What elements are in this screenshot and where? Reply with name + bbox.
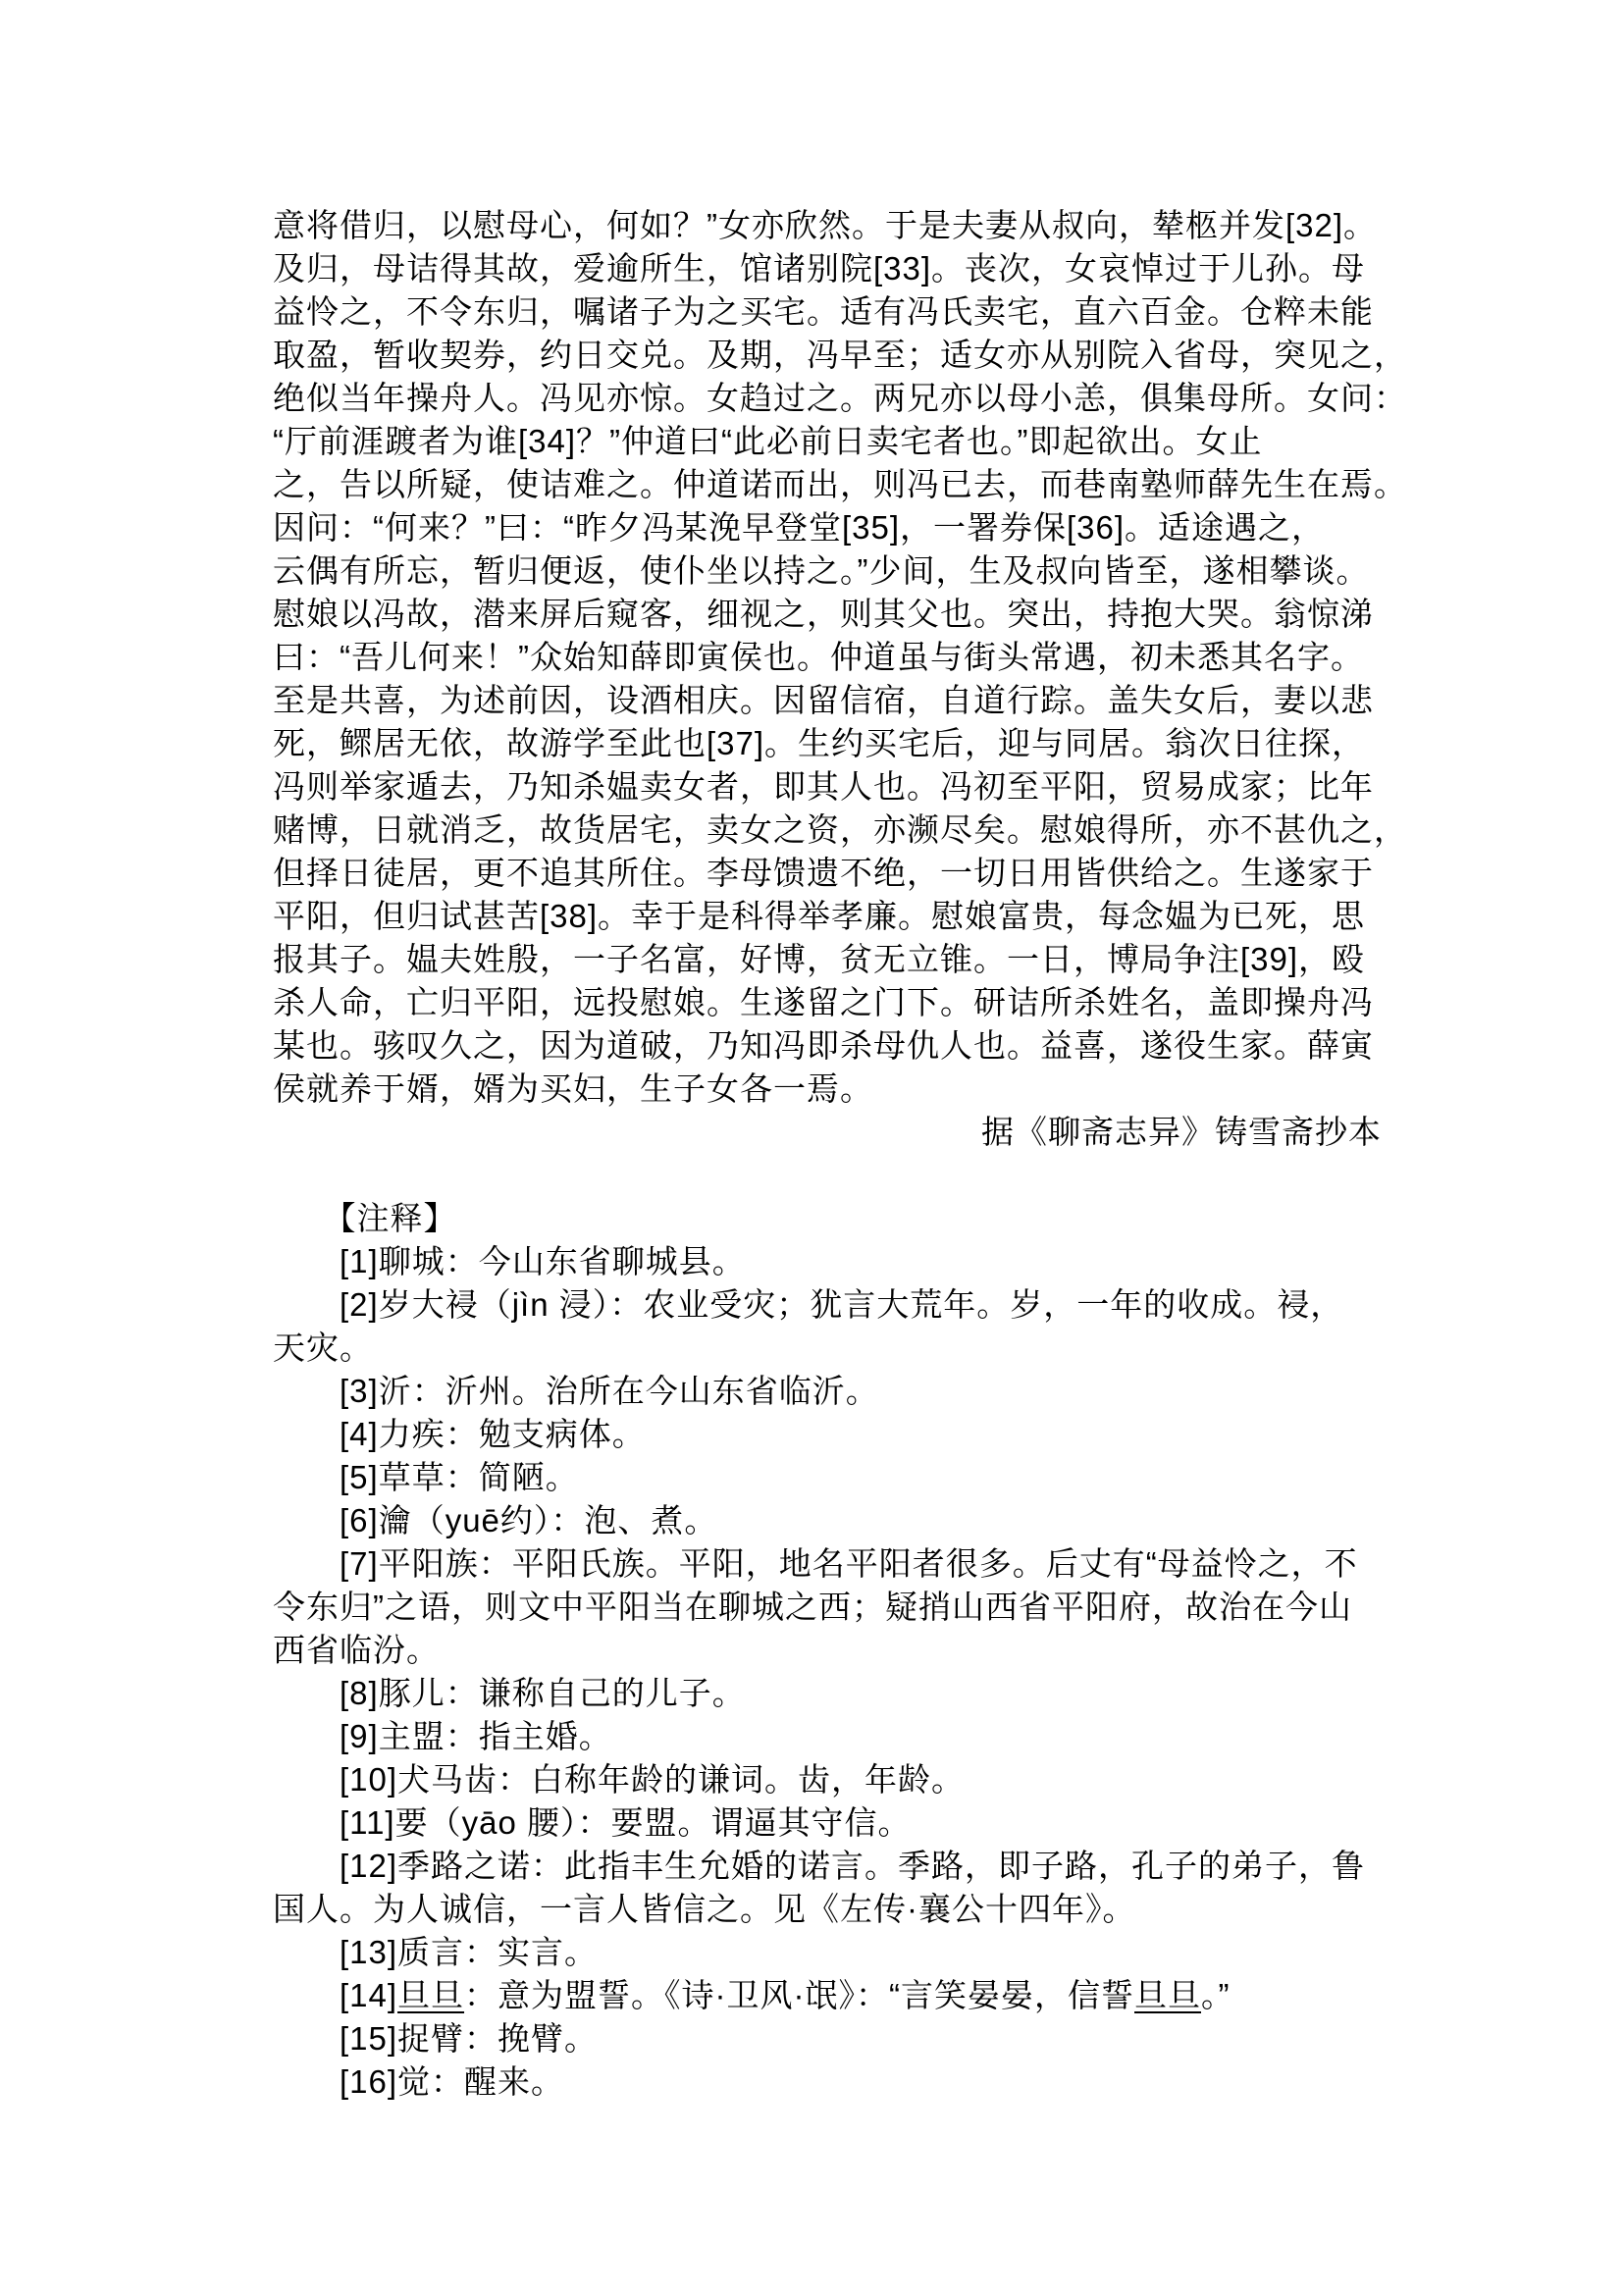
text-segment: [14] — [273, 1977, 397, 2013]
note-line: [15]捉臂：挽臂。 — [273, 2017, 1382, 2060]
document-page: 意将借归，以慰母心，何如？”女亦欣然。于是夫妻从叔向，辇柩并发[32]。及归，母… — [0, 0, 1624, 2294]
note-line: [13]质言：实言。 — [273, 1931, 1382, 1974]
note-line: [1]聊城：今山东省聊城县。 — [273, 1240, 1382, 1283]
note-line: [14]旦旦：意为盟誓。《诗·卫风·氓》：“言笑晏晏，信誓旦旦。” — [273, 1974, 1382, 2017]
story-text-line: 报其子。媪夫姓殷，一子名富，好博，贫无立锥。一日，博局争注[39]，殴 — [273, 938, 1382, 981]
underlined-text: 旦旦 — [1134, 1977, 1201, 2013]
story-text-line: 某也。骇叹久之，因为道破，乃知冯即杀母仇人也。益喜，遂役生家。薛寅 — [273, 1024, 1382, 1068]
story-text-line: 赌博，日就消乏，故货居宅，卖女之资，亦濒尽矣。慰娘得所，亦不甚仇之， — [273, 808, 1382, 852]
story-text-line: “厅前涯踱者为谁[34]？”仲道曰“此必前日卖宅者也。”即起欲出。女止 — [273, 420, 1382, 463]
story-text-line: 之，告以所疑，使诘难之。仲道诺而出，则冯已去，而巷南塾师薛先生在焉。 — [273, 463, 1382, 506]
note-line: 国人。为人诚信，一言人皆信之。见《左传·襄公十四年》。 — [273, 1888, 1382, 1931]
story-text-line: 绝似当年操舟人。冯见亦惊。女趋过之。两兄亦以母小恙，俱集母所。女问： — [273, 377, 1382, 420]
note-line: [6]瀹（yuē约）：泡、煮。 — [273, 1499, 1382, 1542]
note-line: 西省临汾。 — [273, 1629, 1382, 1672]
note-line: [9]主盟：指主婚。 — [273, 1715, 1382, 1758]
text-block: 意将借归，以慰母心，何如？”女亦欣然。于是夫妻从叔向，辇柩并发[32]。及归，母… — [273, 204, 1382, 2104]
note-line: 天灾。 — [273, 1327, 1382, 1370]
story-text-line: 杀人命，亡归平阳，远投慰娘。生遂留之门下。研诘所杀姓名，盖即操舟冯 — [273, 981, 1382, 1024]
note-line: [11]要（yāo 腰）：要盟。谓逼其守信。 — [273, 1801, 1382, 1845]
source-attribution: 据《聊斋志异》铸雪斋抄本 — [273, 1111, 1382, 1154]
underlined-text: 旦旦 — [397, 1977, 464, 2013]
blank-line — [273, 1154, 1382, 1197]
note-line: [5]草草：简陋。 — [273, 1456, 1382, 1499]
story-text-line: 益怜之，不令东归，嘱诸子为之买宅。适有冯氏卖宅，直六百金。仓粹未能 — [273, 290, 1382, 334]
story-text-line: 侯就养于婿，婿为买妇，生子女各一焉。 — [273, 1068, 1382, 1111]
story-text-line: 死，鳏居无依，故游学至此也[37]。生约买宅后，迎与同居。翁次日往探， — [273, 722, 1382, 765]
note-line: 令东归”之语，则文中平阳当在聊城之西；疑捎山西省平阳府，故治在今山 — [273, 1586, 1382, 1629]
notes-header: 【注释】 — [273, 1197, 1382, 1240]
note-line: [7]平阳族：平阳氏族。平阳，地名平阳者很多。后丈有“母益怜之，不 — [273, 1542, 1382, 1586]
note-line: [12]季路之诺：此指丰生允婚的诺言。季路，即子路，孔子的弟子，鲁 — [273, 1845, 1382, 1888]
story-paragraph: 意将借归，以慰母心，何如？”女亦欣然。于是夫妻从叔向，辇柩并发[32]。及归，母… — [273, 204, 1382, 1111]
text-segment: ：意为盟誓。《诗·卫风·氓》：“言笑晏晏，信誓 — [464, 1977, 1134, 2013]
story-text-line: 曰：“吾儿何来！”众始知薛即寅侯也。仲道虽与街头常遇，初未悉其名字。 — [273, 636, 1382, 679]
story-text-line: 因问：“何来？”曰：“昨夕冯某浼早登堂[35]，一署券保[36]。适途遇之， — [273, 506, 1382, 549]
story-text-line: 慰娘以冯故，潜来屏后窥客，细视之，则其父也。突出，持抱大哭。翁惊涕 — [273, 593, 1382, 636]
note-line: [16]觉：醒来。 — [273, 2060, 1382, 2104]
story-text-line: 云偶有所忘，暂归便返，使仆坐以持之。”少间，生及叔向皆至，遂相攀谈。 — [273, 549, 1382, 593]
story-text-line: 至是共喜，为述前因，设酒相庆。因留信宿，自道行踪。盖失女后，妻以悲 — [273, 679, 1382, 722]
story-text-line: 取盈，暂收契券，约日交兑。及期，冯早至；适女亦从别院入省母，突见之， — [273, 334, 1382, 377]
note-line: [4]力疾：勉支病体。 — [273, 1413, 1382, 1456]
note-line: [10]犬马齿：白称年龄的谦词。齿，年龄。 — [273, 1758, 1382, 1801]
story-text-line: 平阳，但归试甚苦[38]。幸于是科得举孝廉。慰娘富贵，每念媪为已死，思 — [273, 895, 1382, 938]
story-text-line: 但择日徒居，更不追其所住。李母馈遗不绝，一切日用皆供给之。生遂家于 — [273, 852, 1382, 895]
notes-section: [1]聊城：今山东省聊城县。 [2]岁大祲（jìn 浸）：农业受灾；犹言大荒年。… — [273, 1240, 1382, 2104]
story-text-line: 及归，母诘得其故，爱逾所生，馆诸别院[33]。丧次，女哀悼过于儿孙。母 — [273, 247, 1382, 290]
story-text-line: 意将借归，以慰母心，何如？”女亦欣然。于是夫妻从叔向，辇柩并发[32]。 — [273, 204, 1382, 247]
text-segment: 。” — [1201, 1977, 1231, 2013]
story-text-line: 冯则举家遁去，乃知杀媪卖女者，即其人也。冯初至平阳，贸易成家；比年 — [273, 765, 1382, 808]
note-line: [8]豚儿：谦称自己的儿子。 — [273, 1672, 1382, 1715]
note-line: [3]沂：沂州。治所在今山东省临沂。 — [273, 1370, 1382, 1413]
note-line: [2]岁大祲（jìn 浸）：农业受灾；犹言大荒年。岁，一年的收成。祲， — [273, 1283, 1382, 1327]
